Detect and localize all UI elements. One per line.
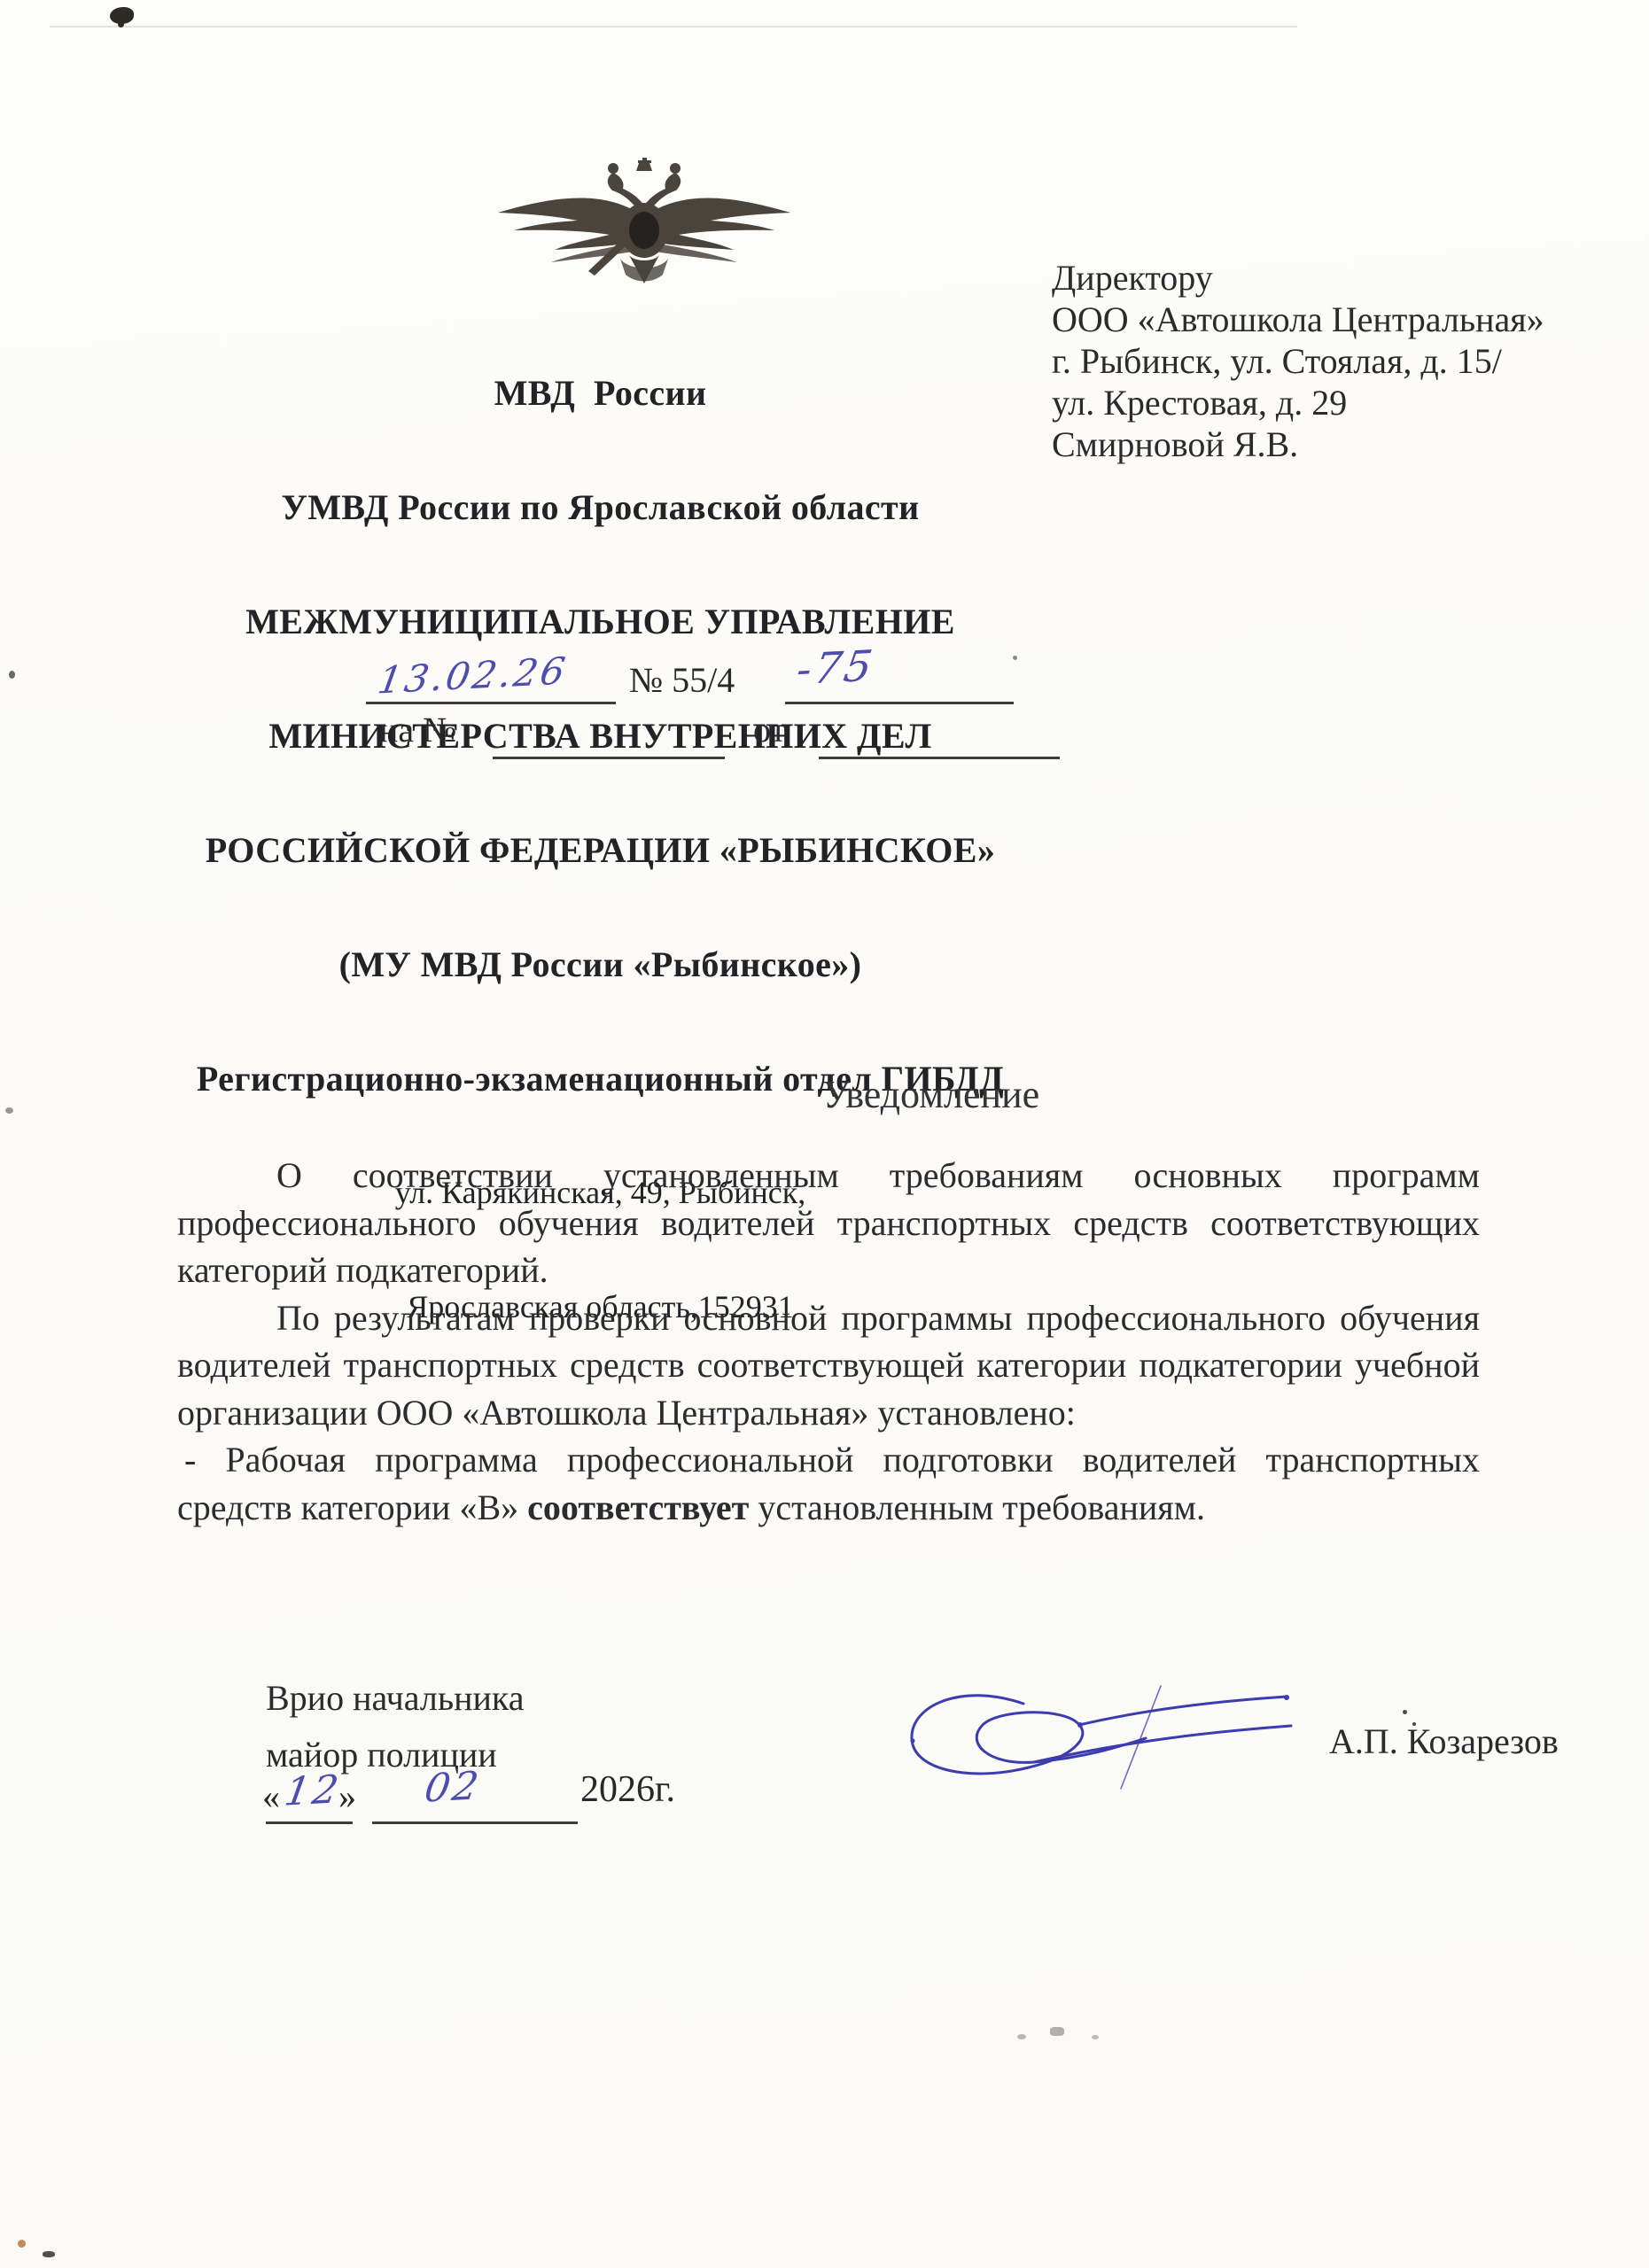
year-label: 2026г. xyxy=(580,1768,675,1811)
number-underline xyxy=(785,702,1014,704)
ink-blot-artifact xyxy=(110,7,134,24)
mvd-double-headed-eagle-emblem-icon xyxy=(489,158,799,286)
day-underline xyxy=(266,1821,353,1824)
body-paragraph: По результатам проверки основной програм… xyxy=(177,1294,1480,1437)
recipient-line: Смирновой Я.В. xyxy=(1052,423,1601,465)
org-name-line: РОССИЙСКОЙ ФЕДЕРАЦИИ «РЫБИНСКОЕ» xyxy=(164,831,1037,869)
scan-speck xyxy=(1403,1710,1407,1714)
scan-speck xyxy=(43,2251,55,2257)
org-name-line: МИНИСТЕРСТВА ВНУТРЕННИХ ДЕЛ xyxy=(164,717,1037,755)
recipient-line: г. Рыбинск, ул. Стоялая, д. 15/ xyxy=(1052,340,1601,382)
signer-name: А.П. Козарезов xyxy=(1329,1720,1559,1762)
outgoing-number-handwritten: -75 xyxy=(793,641,878,695)
document-title: Уведомление xyxy=(822,1072,1039,1117)
reply-from-underline xyxy=(819,757,1060,759)
org-name-line: МВД России xyxy=(164,374,1037,412)
reply-number-label: на № xyxy=(379,709,456,750)
outgoing-number-label: № 55/4 xyxy=(629,659,735,701)
date-open-quote: « xyxy=(262,1775,280,1817)
signer-position-line: Врио начальника xyxy=(266,1677,524,1719)
paragraph3-text: установленным требованиям. xyxy=(749,1487,1205,1527)
body-paragraph: - Рабочая программа профессиональной под… xyxy=(177,1436,1480,1531)
handwritten-signature-icon xyxy=(899,1679,1307,1803)
org-name-line: МЕЖМУНИЦИПАЛЬНОЕ УПРАВЛЕНИЕ xyxy=(164,602,1037,641)
scan-smudge xyxy=(1050,2027,1064,2036)
reply-number-underline xyxy=(493,757,725,759)
org-name-line: (МУ МВД России «Рыбинское») xyxy=(164,945,1037,983)
scan-speck xyxy=(9,671,15,679)
reply-from-label: от xyxy=(753,709,786,750)
scan-smudge xyxy=(1092,2035,1099,2039)
scan-speck xyxy=(18,2240,26,2248)
date-close-quote: » xyxy=(338,1775,356,1817)
scan-smudge xyxy=(1017,2034,1026,2039)
recipient-block: Директору ООО «Автошкола Центральная» г.… xyxy=(1052,257,1601,465)
scan-line-artifact xyxy=(50,26,1297,27)
month-underline xyxy=(372,1821,578,1824)
month-handwritten: 02 xyxy=(422,1763,485,1811)
recipient-line: Директору xyxy=(1052,257,1601,299)
day-handwritten: 12 xyxy=(282,1767,345,1814)
scanned-letter-page: МВД России УМВД России по Ярославской об… xyxy=(0,0,1649,2268)
document-body: О соответствии установленным требованиям… xyxy=(177,1152,1480,1531)
org-name-line: УМВД России по Ярославской области xyxy=(164,488,1037,526)
date-underline xyxy=(366,702,616,704)
recipient-line: ул. Крестовая, д. 29 xyxy=(1052,382,1601,423)
body-paragraph: О соответствии установленным требованиям… xyxy=(177,1152,1480,1294)
paragraph3-bold-word: соответствует xyxy=(527,1487,749,1527)
recipient-line: ООО «Автошкола Центральная» xyxy=(1052,299,1601,340)
scan-speck xyxy=(5,1107,13,1114)
